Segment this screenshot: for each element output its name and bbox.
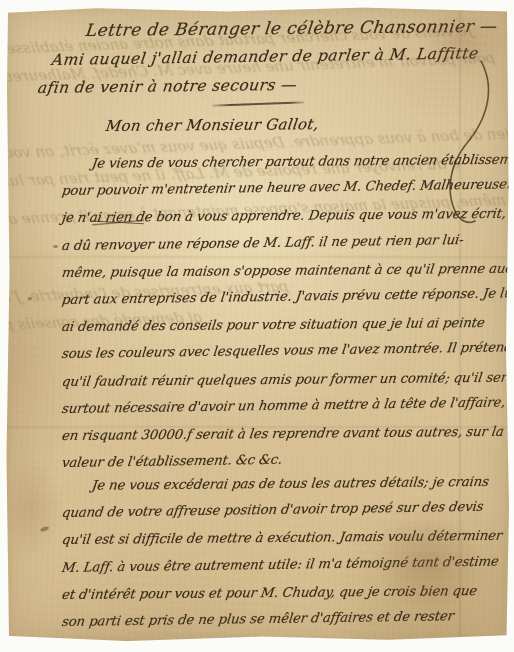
paper-crease: [458, 7, 462, 641]
underline-stroke: [212, 101, 304, 106]
letter-line: son parti est pris de ne plus se mêler d…: [60, 602, 509, 636]
letter-paragraph-2: Je ne vous excéderai pas de tous les aut…: [62, 473, 509, 636]
letter-line: pour pouvoir m'entretenir une heure avec…: [60, 171, 509, 205]
letter-title: Lettre de Béranger le célèbre Chansonnie…: [85, 17, 499, 41]
paper-crease: [6, 255, 509, 259]
letter-line: quand de votre affreuse position d'avoir…: [60, 493, 509, 527]
letter-subtitle-line: afin de venir à notre secours —: [37, 76, 299, 97]
ink-speck: [53, 245, 58, 248]
letter-page: Je viens de vous chercher partout dans n…: [6, 7, 509, 641]
letter-line: sous les couleurs avec lesquelles vous m…: [60, 334, 509, 368]
letter-line: part aux entreprises de l'industrie. J'a…: [60, 280, 509, 314]
letter-subtitle-line: Ami auquel j'allai demander de parler à …: [51, 44, 480, 69]
ink-speck: [28, 297, 32, 300]
salutation: Mon cher Monsieur Gallot,: [105, 115, 321, 135]
ink-correction-scribble: [92, 219, 144, 226]
ink-speck: [40, 526, 50, 533]
scan-background: Je viens de vous chercher partout dans n…: [0, 0, 514, 652]
paper-crease: [6, 425, 509, 429]
